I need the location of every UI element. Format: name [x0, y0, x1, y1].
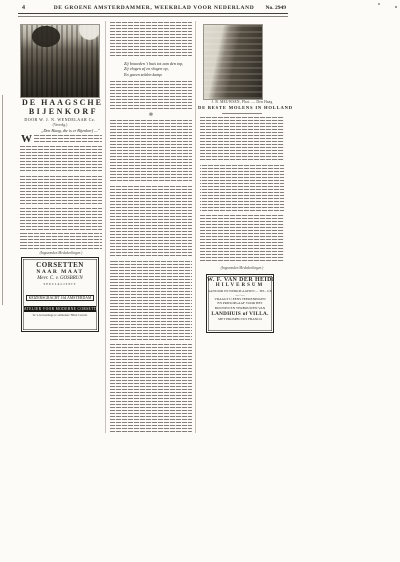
body-text-block [110, 186, 192, 256]
body-text-block [110, 22, 192, 58]
photo-credit: J. B. MEUWSEN, Phot. — Den Haag [198, 100, 286, 104]
body-text-block [110, 120, 192, 182]
body-text-block [20, 208, 102, 230]
heide-ad-line: BOUWEN EN VERBOUWEN VAN [207, 306, 273, 310]
article-title-line2: BIJENKORF [22, 107, 98, 116]
continuation-note: (Vervolg.) [20, 123, 100, 127]
body-text-block [110, 344, 192, 433]
header-rule-bottom [18, 16, 288, 17]
article-byline: DOOR W. J. N. WENDELAAR Cz. [20, 117, 100, 122]
column-rule-left [105, 21, 106, 433]
body-text-block [200, 215, 284, 263]
corset-ad-title-line1: CORSETTEN [22, 261, 98, 269]
verse-block: Zij bouwden ’t huis tot aan den top, Zij… [110, 61, 206, 77]
body-text-block [20, 146, 102, 172]
corset-ad-name: Mevr. C. v. GOSBRUN [22, 276, 98, 281]
building-photo-right [203, 24, 263, 100]
heide-ad-city: HILVERSUM [207, 283, 273, 288]
heide-ad-line: MET PROSPECTUS FRANCO [207, 317, 273, 321]
verse-line: En gaven zelden kamp. [124, 72, 206, 77]
article-epigraph: „Den Haag, die is er Bijenkorf —” [20, 128, 100, 133]
body-text-block [200, 117, 284, 161]
article-title-line1: DE HAAGSCHE [22, 98, 100, 107]
ingezonden-label-left: (Ingezonden Mededeelingen.) [20, 251, 102, 255]
photo-caption: DE BESTE MOLENS IN HOLLAND [198, 105, 286, 110]
corset-ad: CORSETTEN NAAR MAAT Mevr. C. v. GOSBRUN … [21, 257, 99, 332]
corset-ad-address: KEIZERSGRACHT 164 AMSTERDAM [26, 295, 95, 301]
caption-rule [222, 113, 262, 114]
corset-ad-title-line2: NAAR MAAT [22, 269, 98, 275]
scan-edge-line [2, 95, 3, 305]
header-rule-top [18, 13, 288, 14]
body-text-block [34, 135, 102, 144]
body-text-block [20, 175, 102, 205]
issue-number: No. 2949 [266, 5, 286, 11]
ingezonden-label-right: (Ingezonden Mededeelingen.) [200, 266, 284, 270]
section-divider-mark: ✻ [110, 112, 192, 118]
column-rule-right [195, 21, 196, 433]
corset-ad-banner: ATELIER VOOR MODERNE CORSETTEN [24, 306, 96, 312]
heide-ad: W. F. VAN DER HEIDE HILVERSUM KANTOOR EN… [206, 274, 274, 333]
masthead-title: DE GROENE AMSTERDAMMER, WEEKBLAD VOOR NE… [20, 5, 288, 11]
scan-speck [378, 3, 380, 5]
dropcap-initial: W [21, 134, 32, 144]
heide-ad-highlight: LANDHUIS of VILLA. [207, 311, 273, 317]
corset-ad-footnote: Te ’s-Gravenhage te ontbieden: Hôtel Cen… [22, 313, 98, 317]
newspaper-scan-page: 4 DE GROENE AMSTERDAMMER, WEEKBLAD VOOR … [0, 0, 400, 562]
scan-speck [395, 6, 397, 8]
body-text-block [110, 81, 192, 111]
building-photo-left [20, 24, 100, 98]
body-text-block [20, 233, 102, 249]
body-text-block [200, 164, 284, 212]
body-text-block [110, 260, 192, 340]
